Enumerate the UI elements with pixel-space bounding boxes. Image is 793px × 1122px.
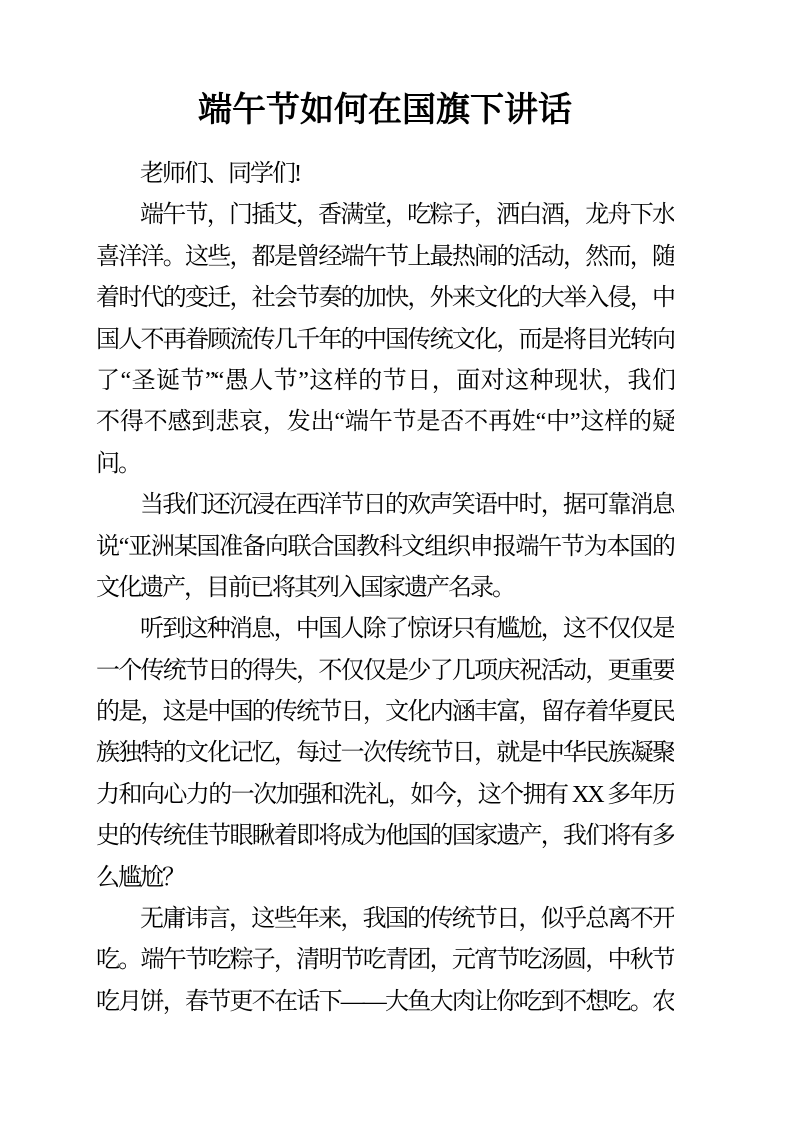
text-line: 问。	[96, 444, 674, 485]
text-line: 端午节，门插艾，香满堂，吃粽子，洒白酒，龙舟下水	[96, 195, 674, 236]
text-line: 老师们、同学们!	[96, 154, 674, 195]
text-line: 说“亚洲某国准备向联合国教科文组织申报端午节为本国的	[96, 527, 674, 568]
text-line: 吃月饼，春节更不在话下——大鱼大肉让你吃到不想吃。农	[96, 982, 674, 1023]
text-line: 力和向心力的一次加强和洗礼，如今，这个拥有 XX 多年历	[96, 775, 674, 816]
text-line: 史的传统佳节眼瞅着即将成为他国的国家遗产，我们将有多	[96, 816, 674, 857]
text-line: 着时代的变迁，社会节奏的加快，外来文化的大举入侵，中	[96, 278, 674, 319]
text-line: 当我们还沉浸在西洋节日的欢声笑语中时，据可靠消息	[96, 485, 674, 526]
text-line: 一个传统节日的得失，不仅仅是少了几项庆祝活动，更重要	[96, 651, 674, 692]
text-line: 了“圣诞节”“愚人节”这样的节日，面对这种现状，我们	[96, 361, 674, 402]
text-line: 么尴尬？	[96, 858, 674, 899]
text-line: 文化遗产，目前已将其列入国家遗产名录。	[96, 568, 674, 609]
paragraph: 无庸讳言，这些年来，我国的传统节日，似乎总离不开吃。端午节吃粽子，清明节吃青团，…	[96, 899, 674, 1023]
document-body: 老师们、同学们!端午节，门插艾，香满堂，吃粽子，洒白酒，龙舟下水喜洋洋。这些，都…	[96, 154, 674, 1023]
text-line: 不得不感到悲哀，发出“端午节是否不再姓“中”这样的疑	[96, 402, 674, 443]
document-page: 端午节如何在国旗下讲话 老师们、同学们!端午节，门插艾，香满堂，吃粽子，洒白酒，…	[0, 0, 793, 1122]
text-line: 吃。端午节吃粽子，清明节吃青团，元宵节吃汤圆，中秋节	[96, 940, 674, 981]
document-title: 端午节如何在国旗下讲话	[96, 88, 674, 134]
text-line: 族独特的文化记忆，每过一次传统节日，就是中华民族凝聚	[96, 733, 674, 774]
paragraph: 当我们还沉浸在西洋节日的欢声笑语中时，据可靠消息说“亚洲某国准备向联合国教科文组…	[96, 485, 674, 609]
document-content: 端午节如何在国旗下讲话 老师们、同学们!端午节，门插艾，香满堂，吃粽子，洒白酒，…	[96, 88, 674, 1023]
paragraph: 老师们、同学们!	[96, 154, 674, 195]
text-line: 喜洋洋。这些，都是曾经端午节上最热闹的活动，然而，随	[96, 237, 674, 278]
text-line: 的是，这是中国的传统节日，文化内涵丰富，留存着华夏民	[96, 692, 674, 733]
paragraph: 听到这种消息，中国人除了惊讶只有尴尬，这不仅仅是一个传统节日的得失，不仅仅是少了…	[96, 609, 674, 899]
paragraph: 端午节，门插艾，香满堂，吃粽子，洒白酒，龙舟下水喜洋洋。这些，都是曾经端午节上最…	[96, 195, 674, 485]
text-line: 无庸讳言，这些年来，我国的传统节日，似乎总离不开	[96, 899, 674, 940]
text-line: 国人不再眷顾流传几千年的中国传统文化，而是将目光转向	[96, 320, 674, 361]
text-line: 听到这种消息，中国人除了惊讶只有尴尬，这不仅仅是	[96, 609, 674, 650]
